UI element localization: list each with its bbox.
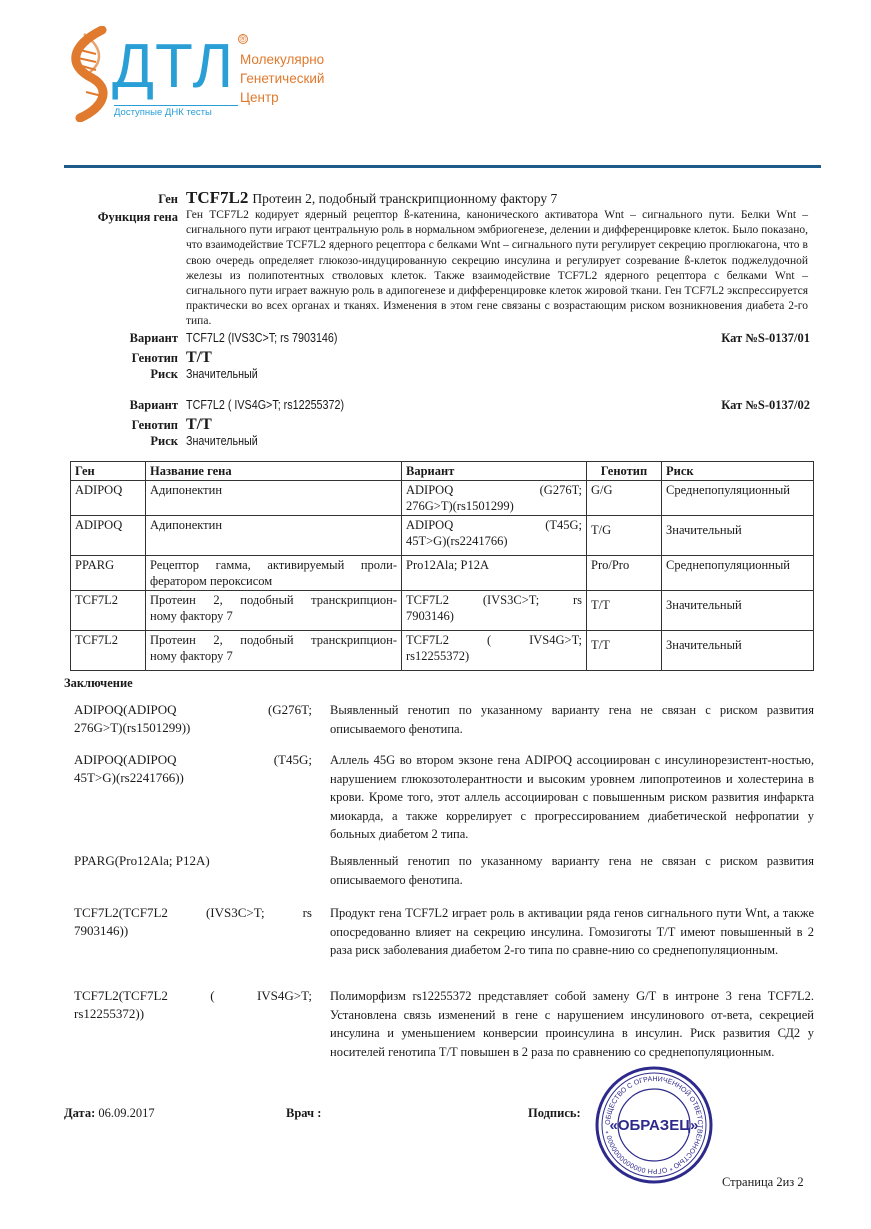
column-header: Риск xyxy=(662,462,814,481)
gene-label: Ген xyxy=(70,192,178,207)
registered-mark-icon: ® xyxy=(238,34,248,44)
cell-text: rs12255372) xyxy=(406,648,582,664)
column-header: Генотип xyxy=(587,462,662,481)
logo-tagline: Доступные ДНК тесты xyxy=(114,105,238,118)
conclusion-variant: PPARG(Pro12Ala; P12A) xyxy=(74,852,312,889)
cell-variant: TCF7L2(IVS4G>T; rs12255372) xyxy=(402,631,587,671)
cell-text: Рецептор гамма, активируемый проли- xyxy=(150,557,397,573)
conclusion-variant: TCF7L2(TCF7L2(IVS3C>T;rs 7903146)) xyxy=(74,904,312,960)
risk-label: Риск xyxy=(70,434,178,449)
cell-gene: TCF7L2 xyxy=(71,631,146,671)
conclusion-variant-text: 45T>G)(rs2241766)) xyxy=(74,769,312,787)
cell-genotype: T/G xyxy=(587,516,662,556)
cell-text: 45T>G)(rs2241766) xyxy=(406,533,582,549)
conclusion-item: TCF7L2(TCF7L2(IVS3C>T;rs 7903146)) Проду… xyxy=(74,904,814,960)
cell-variant: TCF7L2(IVS3C>T;rs 7903146) xyxy=(402,591,587,631)
gene-symbol: TCF7L2 xyxy=(186,188,248,208)
column-header: Ген xyxy=(71,462,146,481)
date-field: Дата: 06.09.2017 xyxy=(64,1106,155,1121)
gene-full-name: Протеин 2, подобный транскрипционному фа… xyxy=(252,191,557,207)
table-row: PPARG Рецептор гамма, активируемый проли… xyxy=(71,556,814,591)
cell-variant: Pro12Ala; P12A xyxy=(402,556,587,591)
risk-label: Риск xyxy=(70,367,178,382)
cell-gene-name: Адипонектин xyxy=(146,481,402,516)
stamp-text: «ОБРАЗЕЦ» xyxy=(609,1117,698,1134)
official-stamp-icon: ОБЩЕСТВО С ОГРАНИЧЕННОЙ ОТВЕТСТВЕННОСТЬЮ… xyxy=(594,1065,714,1185)
conclusion-variant: ADIPOQ(ADIPOQ(T45G; 45T>G)(rs2241766)) xyxy=(74,751,312,844)
cell-risk: Значительный xyxy=(662,631,814,671)
variant-block: Вариант TCF7L2 ( IVS4G>T; rs12255372) Ка… xyxy=(70,398,810,452)
cell-gene-name: Адипонектин xyxy=(146,516,402,556)
company-logo: ДТЛ ® Молекулярно Генетический Центр Дос… xyxy=(62,26,362,122)
conclusion-variant-text: TCF7L2(TCF7L2 xyxy=(74,987,168,1005)
cell-text: ( xyxy=(487,632,491,648)
variant-label: Вариант xyxy=(70,398,178,413)
conclusion-text: Выявленный генотип по указанному вариант… xyxy=(330,852,814,889)
conclusion-variant: ADIPOQ(ADIPOQ(G276T; 276G>T)(rs1501299)) xyxy=(74,701,312,738)
cell-gene-name: Протеин 2, подобный транскрипцион- ному … xyxy=(146,631,402,671)
conclusion-title: Заключение xyxy=(64,676,133,691)
cell-genotype: G/G xyxy=(587,481,662,516)
logo-name: Молекулярно Генетический Центр xyxy=(240,50,324,107)
conclusion-variant: TCF7L2(TCF7L2(IVS4G>T; rs12255372)) xyxy=(74,987,312,1061)
logo-name-line: Молекулярно xyxy=(240,50,324,69)
conclusion-variant-text: (G276T; xyxy=(268,701,312,719)
cell-gene: TCF7L2 xyxy=(71,591,146,631)
catalog-number: Кат №S-0137/02 xyxy=(721,398,810,413)
conclusion-variant-text: ADIPOQ(ADIPOQ xyxy=(74,751,177,769)
cell-genotype: T/T xyxy=(587,591,662,631)
genotype-value: T/T xyxy=(186,349,212,367)
cell-text: Протеин 2, подобный транскрипцион- xyxy=(150,632,397,648)
cell-genotype: Pro/Pro xyxy=(587,556,662,591)
cell-text: Протеин 2, подобный транскрипцион- xyxy=(150,592,397,608)
cell-gene: PPARG xyxy=(71,556,146,591)
conclusion-variant-text: rs xyxy=(303,904,312,922)
cell-risk: Среднепопуляционный xyxy=(662,556,814,591)
conclusion-variant-text: IVS4G>T; xyxy=(257,987,312,1005)
cell-text: IVS4G>T; xyxy=(529,632,582,648)
conclusion-variant-text: ADIPOQ(ADIPOQ xyxy=(74,701,177,719)
table-row: ADIPOQ Адипонектин ADIPOQ(T45G; 45T>G)(r… xyxy=(71,516,814,556)
cell-gene: ADIPOQ xyxy=(71,516,146,556)
cell-text: TCF7L2 xyxy=(406,632,449,648)
conclusion-variant-text: 7903146)) xyxy=(74,922,312,940)
cell-gene-name: Рецептор гамма, активируемый проли- фера… xyxy=(146,556,402,591)
cell-text: TCF7L2 xyxy=(406,592,449,608)
cell-variant: ADIPOQ(T45G; 45T>G)(rs2241766) xyxy=(402,516,587,556)
logo-name-line: Генетический xyxy=(240,69,324,88)
conclusion-variant-text: rs12255372)) xyxy=(74,1005,312,1023)
conclusion-text: Выявленный генотип по указанному вариант… xyxy=(330,701,814,738)
cell-text: (T45G; xyxy=(545,517,582,533)
date-value: 06.09.2017 xyxy=(98,1106,154,1120)
cell-text: фератором пероксисом xyxy=(150,573,397,589)
conclusion-text: Аллель 45G во втором экзоне гена ADIPOQ … xyxy=(330,751,814,844)
cell-text: ADIPOQ xyxy=(406,482,453,498)
risk-value: Значительный xyxy=(186,367,258,381)
cell-variant: ADIPOQ(G276T; 276G>T)(rs1501299) xyxy=(402,481,587,516)
doctor-label: Врач : xyxy=(286,1106,321,1121)
logo-name-line: Центр xyxy=(240,88,324,107)
conclusion-text: Продукт гена TCF7L2 играет роль в актива… xyxy=(330,904,814,960)
column-header: Вариант xyxy=(402,462,587,481)
cell-text: 276G>T)(rs1501299) xyxy=(406,498,582,514)
function-text: Ген TCF7L2 кодирует ядерный рецептор ß-к… xyxy=(186,208,808,330)
variant-label: Вариант xyxy=(70,331,178,346)
conclusion-variant-text: PPARG(Pro12Ala; P12A) xyxy=(74,852,312,870)
cell-text: (G276T; xyxy=(540,482,582,498)
logo-abbr: ДТЛ xyxy=(112,32,234,102)
conclusion-variant-text: (IVS3C>T; xyxy=(206,904,265,922)
cell-risk: Среднепопуляционный xyxy=(662,481,814,516)
cell-text: (IVS3C>T; xyxy=(483,592,539,608)
variant-value: TCF7L2 (IVS3C>T; rs 7903146) xyxy=(186,331,337,345)
cell-text: ному фактору 7 xyxy=(150,608,397,624)
genotype-value: T/T xyxy=(186,416,212,434)
conclusion-item: ADIPOQ(ADIPOQ(G276T; 276G>T)(rs1501299))… xyxy=(74,701,814,738)
cell-text: ADIPOQ xyxy=(406,517,453,533)
conclusion-variant-text: (T45G; xyxy=(274,751,312,769)
date-label: Дата: xyxy=(64,1106,95,1120)
table-row: TCF7L2 Протеин 2, подобный транскрипцион… xyxy=(71,591,814,631)
genotype-label: Генотип xyxy=(70,351,178,366)
function-label: Функция гена xyxy=(70,210,178,225)
variant-block: Вариант TCF7L2 (IVS3C>T; rs 7903146) Кат… xyxy=(70,331,810,385)
page-number: Страница 2из 2 xyxy=(722,1175,804,1190)
genotype-label: Генотип xyxy=(70,418,178,433)
cell-risk: Значительный xyxy=(662,516,814,556)
column-header: Название гена xyxy=(146,462,402,481)
risk-value: Значительный xyxy=(186,434,258,448)
conclusion-item: PPARG(Pro12Ala; P12A) Выявленный генотип… xyxy=(74,852,814,889)
conclusion-variant-text: 276G>T)(rs1501299)) xyxy=(74,719,312,737)
conclusion-text: Полиморфизм rs12255372 представляет собо… xyxy=(330,987,814,1061)
variant-value: TCF7L2 ( IVS4G>T; rs12255372) xyxy=(186,398,344,412)
conclusion-variant-text: TCF7L2(TCF7L2 xyxy=(74,904,168,922)
conclusion-item: TCF7L2(TCF7L2(IVS4G>T; rs12255372)) Поли… xyxy=(74,987,814,1061)
signature-label: Подпись: xyxy=(528,1106,581,1121)
conclusion-item: ADIPOQ(ADIPOQ(T45G; 45T>G)(rs2241766)) А… xyxy=(74,751,814,844)
table-row: TCF7L2 Протеин 2, подобный транскрипцион… xyxy=(71,631,814,671)
table-row: ADIPOQ Адипонектин ADIPOQ(G276T; 276G>T)… xyxy=(71,481,814,516)
cell-text: rs xyxy=(573,592,582,608)
table-header-row: Ген Название гена Вариант Генотип Риск xyxy=(71,462,814,481)
gene-row: Ген TCF7L2 Протеин 2, подобный транскрип… xyxy=(70,188,557,208)
catalog-number: Кат №S-0137/01 xyxy=(721,331,810,346)
results-table: Ген Название гена Вариант Генотип Риск A… xyxy=(70,461,814,671)
cell-risk: Значительный xyxy=(662,591,814,631)
cell-text: ному фактору 7 xyxy=(150,648,397,664)
cell-text: 7903146) xyxy=(406,608,582,624)
cell-genotype: T/T xyxy=(587,631,662,671)
cell-gene: ADIPOQ xyxy=(71,481,146,516)
conclusion-variant-text: ( xyxy=(210,987,214,1005)
cell-gene-name: Протеин 2, подобный транскрипцион- ному … xyxy=(146,591,402,631)
header-divider xyxy=(64,165,821,168)
